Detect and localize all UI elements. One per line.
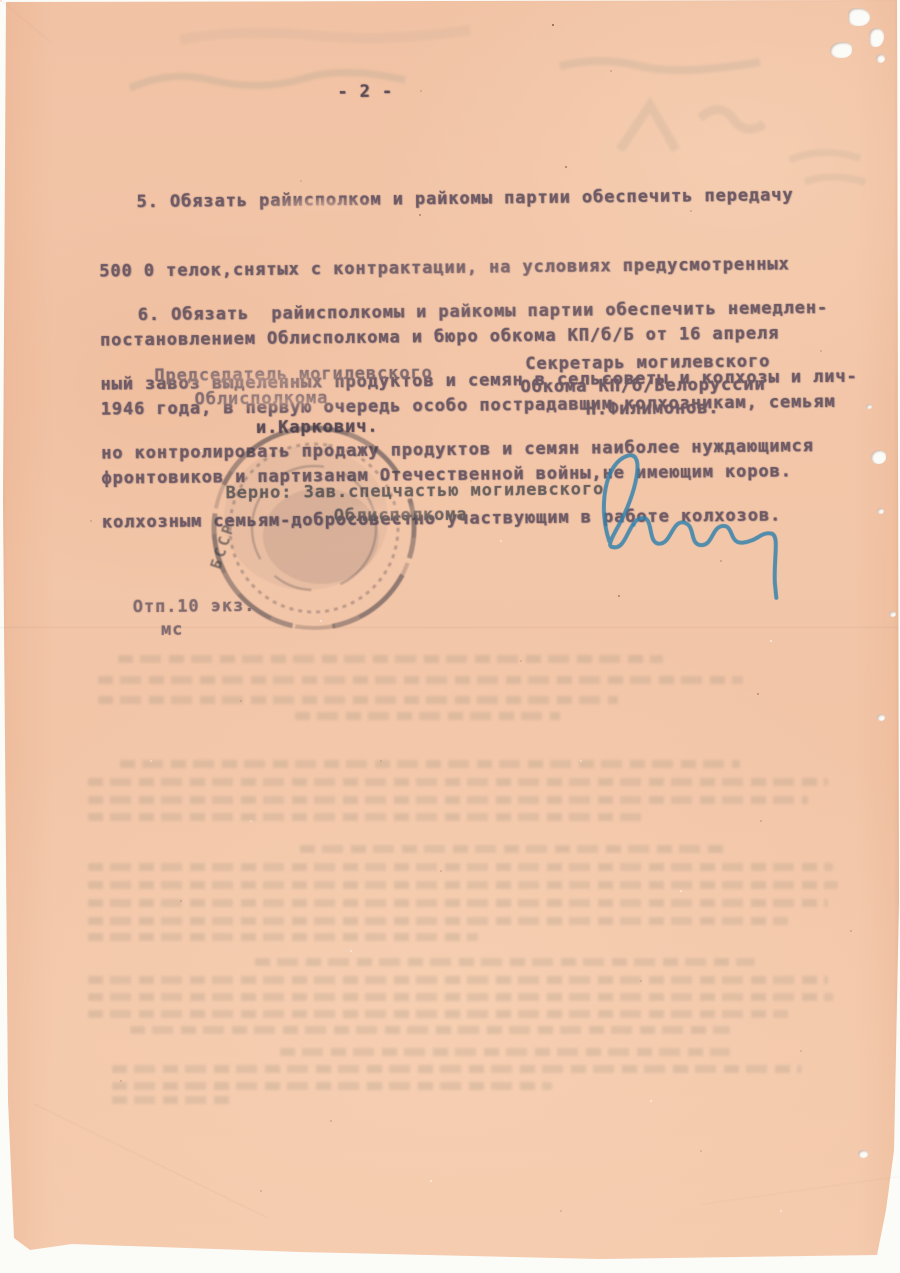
paper-hole	[877, 714, 885, 721]
handwritten-signature	[569, 428, 825, 612]
typed-text-layer: - 2 - 5. Обязать райисполком и райкомы п…	[0, 0, 900, 1273]
torn-corner-patch	[830, 42, 852, 58]
paper-hole	[866, 404, 872, 409]
typed-line: 6. Обязать райисполкомы и райкомы партии…	[100, 297, 857, 328]
paper-hole	[889, 611, 896, 617]
typist-initials: мс	[161, 619, 184, 642]
torn-corner-patch	[848, 8, 870, 26]
paper-hole	[877, 508, 884, 514]
paper-hole	[871, 450, 886, 464]
page-number: - 2 -	[337, 81, 393, 105]
typed-line: 5. Обязать райисполком и райкомы партии …	[98, 184, 833, 215]
signature-right-typed-name: Н.Филимонов.	[586, 397, 720, 421]
signature-block-right-title2: Обкома КП/б/Белоруссии	[520, 374, 765, 400]
signature-block-left-title: Председатель могилевского	[154, 362, 433, 388]
scanned-document-page: - 2 - 5. Обязать райисполком и райкомы п…	[0, 0, 900, 1273]
round-seal-stamp: БССР	[186, 418, 446, 648]
signature-block-right-title: Секретарь могилевского	[525, 351, 770, 377]
signature-block-left-title2: Облисполкома	[195, 387, 329, 411]
paper-hole	[858, 1150, 868, 1158]
paper-hole	[876, 54, 885, 63]
